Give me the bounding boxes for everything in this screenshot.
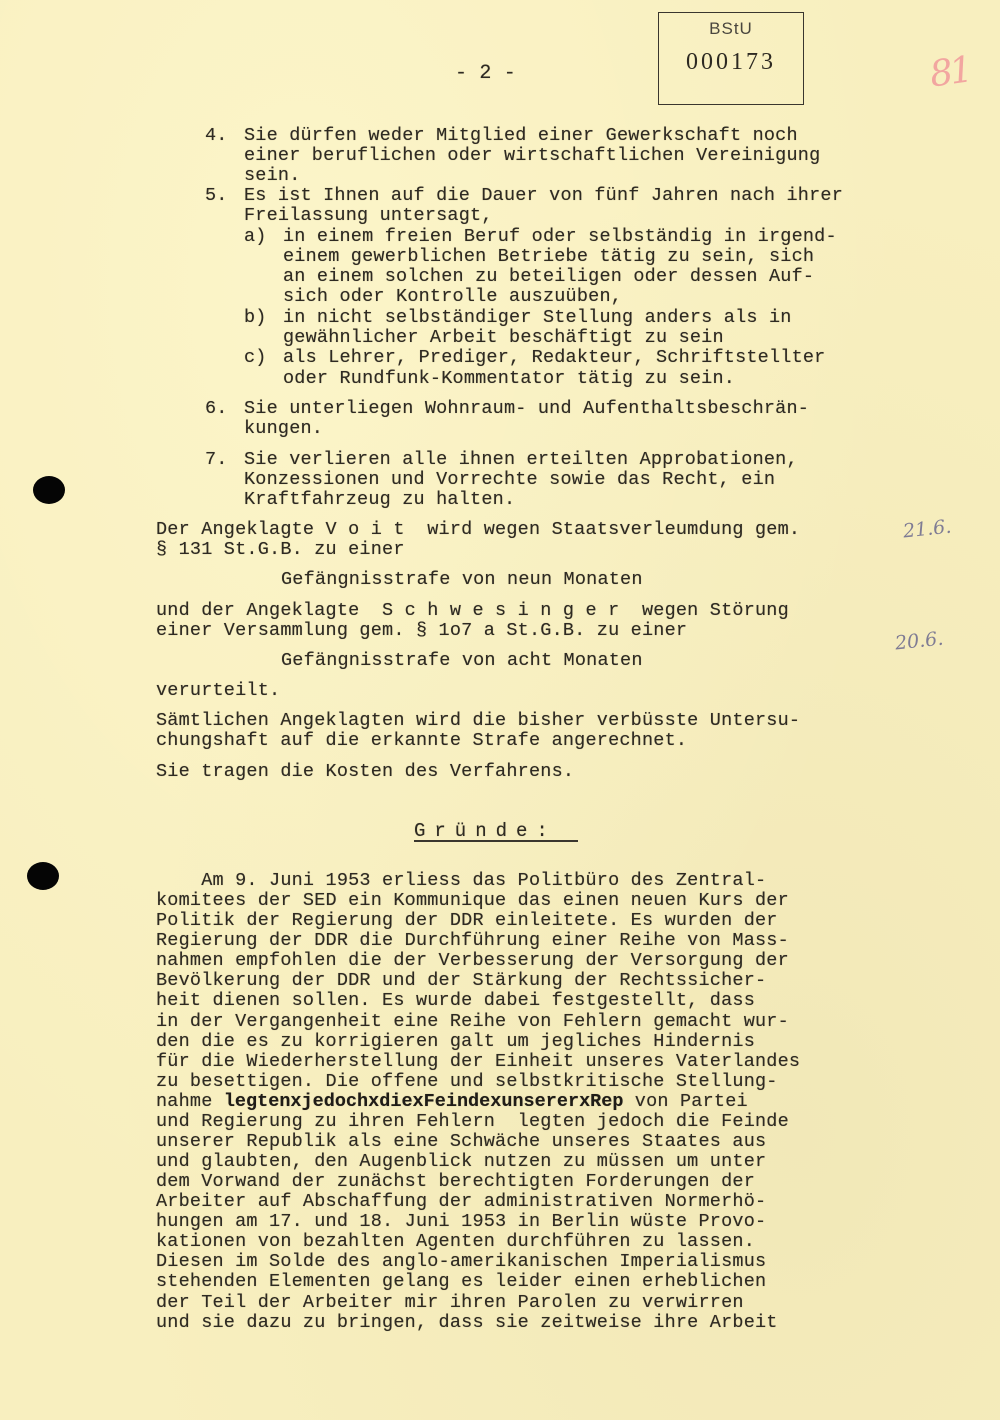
body-line: Arbeiter auf Abschaffung der administrat… xyxy=(156,1192,766,1212)
body-line: dem Vorwand der zunächst berechtigten Fo… xyxy=(156,1172,755,1192)
subitem-label: b) xyxy=(244,308,267,328)
body-line: in der Vergangenheit eine Reihe von Fehl… xyxy=(156,1012,789,1032)
struck-suffix: von Partei xyxy=(623,1091,747,1112)
punch-hole-bottom xyxy=(27,862,59,890)
item-line: Es ist Ihnen auf die Dauer von fünf Jahr… xyxy=(244,186,843,206)
heading-underline xyxy=(414,840,578,842)
body-line: für die Wiederherstellung der Einheit un… xyxy=(156,1052,800,1072)
body-line: nahmen empfohlen die der Verbesserung de… xyxy=(156,951,789,971)
item-number: 6. xyxy=(205,399,228,419)
body-line: hungen am 17. und 18. Juni 1953 in Berli… xyxy=(156,1212,766,1232)
stamp-number: 000173 xyxy=(659,49,803,76)
item-line: sein. xyxy=(244,166,301,186)
sentence-line: Gefängnisstrafe von neun Monaten xyxy=(281,570,643,590)
body-line: und Regierung zu ihren Fehlern legten je… xyxy=(156,1112,789,1132)
subitem-line: einem gewerblichen Betriebe tätig zu sei… xyxy=(283,247,814,267)
item-line: Kraftfahrzeug zu halten. xyxy=(244,490,515,510)
body-line: Diesen im Solde des anglo-amerikanischen… xyxy=(156,1252,766,1272)
item-line: Sie unterliegen Wohnraum- und Aufenthalt… xyxy=(244,399,809,419)
body-line: heit dienen sollen. Es wurde dabei festg… xyxy=(156,991,755,1011)
body-line: zu besettigen. Die offene und selbstkrit… xyxy=(156,1072,778,1092)
punch-hole-top xyxy=(33,476,65,504)
body-line-struck: nahme legtenxjedochxdiexFeindexunsererxR… xyxy=(156,1092,748,1112)
verdict-line: Der Angeklagte V o i t wird wegen Staats… xyxy=(156,520,800,540)
verdict-line: § 131 St.G.B. zu einer xyxy=(156,540,405,560)
body-line: und glaubten, den Augenblick nutzen zu m… xyxy=(156,1152,766,1172)
subitem-label: c) xyxy=(244,348,267,368)
body-line: den die es zu korrigieren galt um jeglic… xyxy=(156,1032,755,1052)
struck-prefix: nahme xyxy=(156,1091,224,1112)
body-line: unserer Republik als eine Schwäche unser… xyxy=(156,1132,766,1152)
subitem-line: in nicht selbständiger Stellung anders a… xyxy=(283,308,792,328)
verdict-line: einer Versammlung gem. § 1o7 a St.G.B. z… xyxy=(156,621,687,641)
item-number: 4. xyxy=(205,126,228,146)
verdict-closing: verurteilt. xyxy=(156,681,280,701)
body-line: Bevölkerung der DDR und der Stärkung der… xyxy=(156,971,766,991)
body-line: Politik der Regierung der DDR einleitete… xyxy=(156,911,778,931)
sentence-line: Gefängnisstrafe von acht Monaten xyxy=(281,651,643,671)
subitem-label: a) xyxy=(244,227,267,247)
body-line: und sie dazu zu bringen, dass sie zeitwe… xyxy=(156,1313,778,1333)
custody-line: chungshaft auf die erkannte Strafe anger… xyxy=(156,731,687,751)
body-line: komitees der SED ein Kommunique das eine… xyxy=(156,891,789,911)
folio-mark: 81 xyxy=(927,49,972,95)
page-number: - 2 - xyxy=(455,64,516,84)
subitem-line: in einem freien Beruf oder selbständig i… xyxy=(283,227,837,247)
verdict-line: und der Angeklagte S c h w e s i n g e r… xyxy=(156,601,789,621)
struck-text: legtenxjedochxdiexFeindexunsererxRep xyxy=(224,1091,624,1112)
reasons-heading: Gründe: xyxy=(414,820,557,842)
subitem-line: an einem solchen zu beteiligen oder dess… xyxy=(283,267,814,287)
archive-stamp: BStU 000173 xyxy=(658,12,804,105)
item-line: Freilassung untersagt, xyxy=(244,206,493,226)
item-number: 7. xyxy=(205,450,228,470)
body-line: stehenden Elementen gelang es leider ein… xyxy=(156,1272,766,1292)
item-number: 5. xyxy=(205,186,228,206)
body-line: kationen von bezahlten Agenten durchführ… xyxy=(156,1232,755,1252)
costs-line: Sie tragen die Kosten des Verfahrens. xyxy=(156,762,574,782)
subitem-line: als Lehrer, Prediger, Redakteur, Schrift… xyxy=(283,348,826,368)
item-line: Sie dürfen weder Mitglied einer Gewerksc… xyxy=(244,126,798,146)
item-line: kungen. xyxy=(244,419,323,439)
stamp-title: BStU xyxy=(659,19,803,39)
subitem-line: oder Rundfunk-Kommentator tätig zu sein. xyxy=(283,369,735,389)
body-line: Am 9. Juni 1953 erliess das Politbüro de… xyxy=(156,871,766,891)
body-line: Regierung der DDR die Durchführung einer… xyxy=(156,931,789,951)
item-line: Sie verlieren alle ihnen erteilten Appro… xyxy=(244,450,798,470)
custody-line: Sämtlichen Angeklagten wird die bisher v… xyxy=(156,711,800,731)
subitem-line: gewähnlicher Arbeit beschäftigt zu sein xyxy=(283,328,724,348)
subitem-line: sich oder Kontrolle auszuüben, xyxy=(283,287,622,307)
body-line: der Teil der Arbeiter mir ihren Parolen … xyxy=(156,1293,744,1313)
item-line: Konzessionen und Vorrechte sowie das Rec… xyxy=(244,470,775,490)
item-line: einer beruflichen oder wirtschaftlichen … xyxy=(244,146,820,166)
